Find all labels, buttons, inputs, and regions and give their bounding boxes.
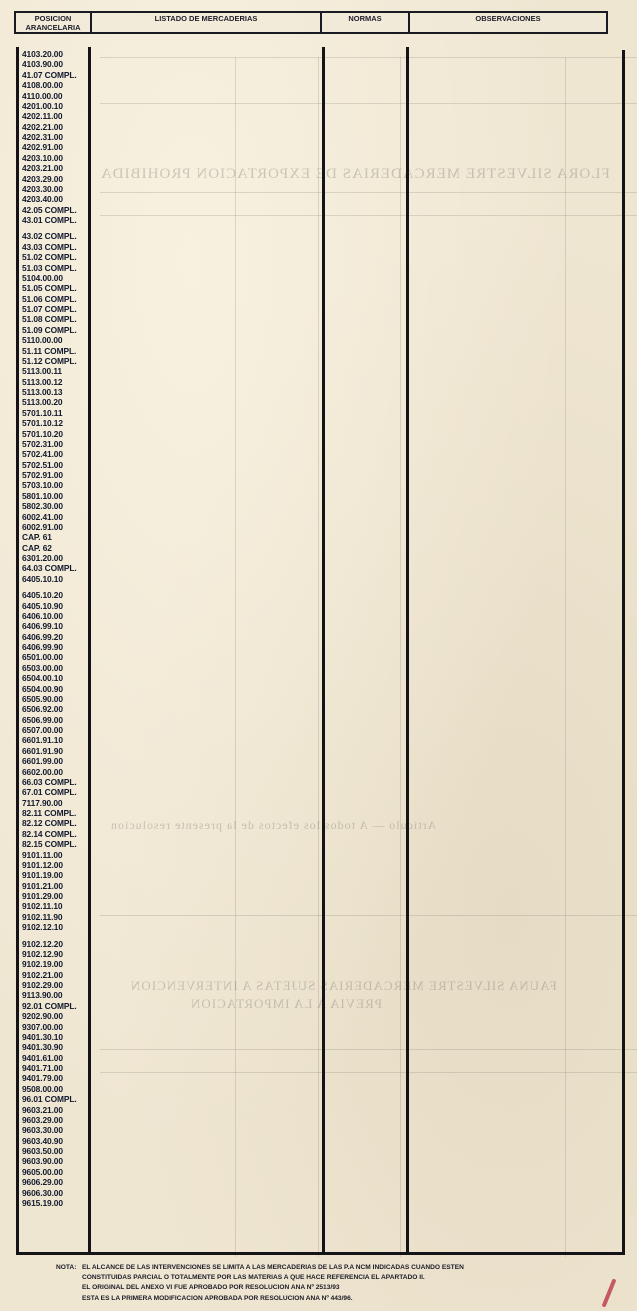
tariff-code: 6301.20.00: [22, 553, 84, 563]
tariff-code: 6406.99.10: [22, 621, 84, 631]
tariff-code-list: 4103.20.004103.90.0041.07 COMPL.4108.00.…: [22, 49, 84, 1208]
tariff-code: 4108.00.00: [22, 80, 84, 90]
tariff-code: 4202.91.00: [22, 142, 84, 152]
tariff-code: 4103.90.00: [22, 59, 84, 69]
tariff-code: 4202.31.00: [22, 132, 84, 142]
tariff-code: 92.01 COMPL.: [22, 1001, 84, 1011]
tariff-code: 6601.91.90: [22, 746, 84, 756]
tariff-code: 9101.12.00: [22, 860, 84, 870]
tariff-code: 9307.00.00: [22, 1022, 84, 1032]
column-rule-normas: [406, 47, 409, 1254]
tariff-code: 9101.11.00: [22, 850, 84, 860]
tariff-code: 82.15 COMPL.: [22, 839, 84, 849]
tariff-code: 6506.92.00: [22, 704, 84, 714]
tariff-code: 5702.41.00: [22, 449, 84, 459]
tariff-code: 9615.19.00: [22, 1198, 84, 1208]
tariff-code: 42.05 COMPL.: [22, 205, 84, 215]
bleed-through-layer: FLORA SILVESTRE MERCADERIAS DE EXPORTACI…: [0, 0, 637, 1311]
tariff-code: 6406.99.90: [22, 642, 84, 652]
tariff-code: 6503.00.00: [22, 663, 84, 673]
tariff-code: 6506.99.00: [22, 715, 84, 725]
column-rule-posicion: [88, 47, 91, 1254]
ghost-text-article: Articulo — A todos los efectos de la pre…: [110, 818, 436, 833]
tariff-code: 96.01 COMPL.: [22, 1094, 84, 1104]
tariff-code: 5701.10.12: [22, 418, 84, 428]
tariff-code: 9603.40.90: [22, 1136, 84, 1146]
tariff-code: 51.12 COMPL.: [22, 356, 84, 366]
tariff-code: 4203.29.00: [22, 174, 84, 184]
tariff-code: 5113.00.13: [22, 387, 84, 397]
column-rule-right: [622, 50, 625, 1254]
tariff-code: 5104.00.00: [22, 273, 84, 283]
tariff-code: 9102.29.00: [22, 980, 84, 990]
tariff-code: 43.01 COMPL.: [22, 215, 84, 225]
pen-mark: [602, 1278, 617, 1307]
tariff-code: 9606.29.00: [22, 1177, 84, 1187]
tariff-code: 9102.11.10: [22, 901, 84, 911]
tariff-code: 9102.12.20: [22, 939, 84, 949]
tariff-code: 82.12 COMPL.: [22, 818, 84, 828]
tariff-code: 5701.10.20: [22, 429, 84, 439]
tariff-code: 9603.29.00: [22, 1115, 84, 1125]
ghost-heading-3: PREVIA A LA IMPORTACION: [190, 996, 382, 1012]
tariff-code: 9102.12.90: [22, 949, 84, 959]
tariff-code: 5110.00.00: [22, 335, 84, 345]
note-line-1: EL ALCANCE DE LAS INTERVENCIONES SE LIMI…: [82, 1263, 464, 1273]
tariff-code: 51.02 COMPL.: [22, 252, 84, 262]
tariff-code: 64.03 COMPL.: [22, 563, 84, 573]
tariff-code: 6601.91.10: [22, 735, 84, 745]
tariff-code: 82.14 COMPL.: [22, 829, 84, 839]
tariff-code: 51.07 COMPL.: [22, 304, 84, 314]
tariff-code: 5702.31.00: [22, 439, 84, 449]
tariff-code: CAP. 62: [22, 543, 84, 553]
tariff-code: 51.06 COMPL.: [22, 294, 84, 304]
tariff-code: 4203.30.00: [22, 184, 84, 194]
tariff-code: 41.07 COMPL.: [22, 70, 84, 80]
tariff-code: 6507.00.00: [22, 725, 84, 735]
tariff-code: 9102.19.00: [22, 959, 84, 969]
tariff-code: 51.03 COMPL.: [22, 263, 84, 273]
tariff-code: 82.11 COMPL.: [22, 808, 84, 818]
tariff-code: 9401.61.00: [22, 1053, 84, 1063]
tariff-code: 9101.29.00: [22, 891, 84, 901]
tariff-code: 4110.00.00: [22, 91, 84, 101]
tariff-code: 9603.50.00: [22, 1146, 84, 1156]
tariff-code: 6504.00.10: [22, 673, 84, 683]
table-bottom-rule: [16, 1252, 625, 1255]
footnote: NOTA: EL ALCANCE DE LAS INTERVENCIONES S…: [56, 1263, 576, 1304]
tariff-code: 5702.51.00: [22, 460, 84, 470]
tariff-code: 43.03 COMPL.: [22, 242, 84, 252]
ghost-heading-1: FLORA SILVESTRE MERCADERIAS DE EXPORTACI…: [100, 166, 610, 183]
tariff-code: 6405.10.20: [22, 590, 84, 600]
note-label: NOTA:: [56, 1263, 82, 1273]
tariff-code: 9102.21.00: [22, 970, 84, 980]
tariff-code: 6602.00.00: [22, 767, 84, 777]
tariff-code: 5113.00.12: [22, 377, 84, 387]
tariff-code: CAP. 61: [22, 532, 84, 542]
column-rule-listado: [322, 47, 325, 1254]
tariff-code: 51.11 COMPL.: [22, 346, 84, 356]
tariff-code: 4202.11.00: [22, 111, 84, 121]
tariff-code: 9508.00.00: [22, 1084, 84, 1094]
header-normas: NORMAS: [322, 13, 410, 32]
tariff-code: 9401.79.00: [22, 1073, 84, 1083]
tariff-code: 4201.00.10: [22, 101, 84, 111]
tariff-code: 6405.10.10: [22, 574, 84, 584]
tariff-code: 67.01 COMPL.: [22, 787, 84, 797]
tariff-code: 6002.91.00: [22, 522, 84, 532]
table-header: POSICION ARANCELARIA LISTADO DE MERCADER…: [14, 11, 608, 34]
tariff-code: 6504.00.90: [22, 684, 84, 694]
tariff-code: 5703.10.00: [22, 480, 84, 490]
header-posicion-arancelaria: POSICION ARANCELARIA: [16, 13, 92, 32]
ghost-heading-2: FAUNA SILVESTRE MERCADERIAS SUJETAS A IN…: [130, 978, 557, 994]
tariff-code: 4203.10.00: [22, 153, 84, 163]
tariff-code: 6002.41.00: [22, 512, 84, 522]
tariff-code: 6406.10.00: [22, 611, 84, 621]
tariff-code: 6406.99.20: [22, 632, 84, 642]
tariff-code: 5113.00.20: [22, 397, 84, 407]
tariff-code: 4103.20.00: [22, 49, 84, 59]
tariff-code: 4203.21.00: [22, 163, 84, 173]
tariff-code: 5701.10.11: [22, 408, 84, 418]
note-line-2: CONSTITUIDAS PARCIAL O TOTALMENTE POR LA…: [56, 1273, 576, 1283]
header-listado-de-mercaderias: LISTADO DE MERCADERIAS: [92, 13, 322, 32]
tariff-code: 9401.30.10: [22, 1032, 84, 1042]
tariff-code: 9603.21.00: [22, 1105, 84, 1115]
tariff-code: 9605.00.00: [22, 1167, 84, 1177]
tariff-code: 9401.71.00: [22, 1063, 84, 1073]
tariff-code: 5113.00.11: [22, 366, 84, 376]
tariff-code: 51.08 COMPL.: [22, 314, 84, 324]
tariff-code: 66.03 COMPL.: [22, 777, 84, 787]
tariff-code: 6601.99.00: [22, 756, 84, 766]
tariff-code: 5801.10.00: [22, 491, 84, 501]
tariff-code: 9606.30.00: [22, 1188, 84, 1198]
tariff-code: 9401.30.90: [22, 1042, 84, 1052]
note-line-4: ESTA ES LA PRIMERA MODIFICACION APROBADA…: [56, 1294, 576, 1304]
tariff-code: 51.05 COMPL.: [22, 283, 84, 293]
tariff-code: 9102.12.10: [22, 922, 84, 932]
tariff-code: 9101.19.00: [22, 870, 84, 880]
tariff-code: 6405.10.90: [22, 601, 84, 611]
tariff-code: 9101.21.00: [22, 881, 84, 891]
tariff-code: 4203.40.00: [22, 194, 84, 204]
tariff-code: 5802.30.00: [22, 501, 84, 511]
tariff-code: 5702.91.00: [22, 470, 84, 480]
tariff-code: 6505.90.00: [22, 694, 84, 704]
tariff-code: 9603.90.00: [22, 1156, 84, 1166]
tariff-code: 9102.11.90: [22, 912, 84, 922]
tariff-code: 7117.90.00: [22, 798, 84, 808]
tariff-code: 9603.30.00: [22, 1125, 84, 1135]
note-line-3: EL ORIGINAL DEL ANEXO VI FUE APROBADO PO…: [56, 1283, 576, 1293]
tariff-code: 43.02 COMPL.: [22, 231, 84, 241]
column-rule-left: [16, 47, 19, 1254]
tariff-code: 51.09 COMPL.: [22, 325, 84, 335]
tariff-code: 9202.90.00: [22, 1011, 84, 1021]
tariff-code: 4202.21.00: [22, 122, 84, 132]
tariff-code: 6501.00.00: [22, 652, 84, 662]
header-observaciones: OBSERVACIONES: [410, 13, 606, 32]
tariff-code: 9113.90.00: [22, 990, 84, 1000]
